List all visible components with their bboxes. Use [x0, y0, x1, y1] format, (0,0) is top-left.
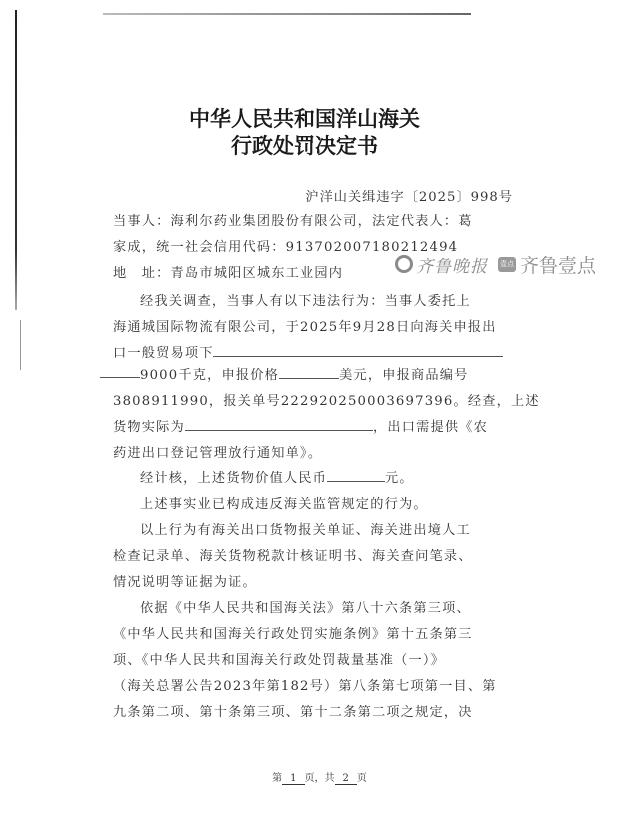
- para5-line-2: 《中华人民共和国海关行政处罚实施条例》第十五条第三: [113, 623, 473, 642]
- left-scan-edge-faint: [20, 320, 21, 370]
- party-address: 地 址：青岛市城阳区城东工业园内: [113, 262, 343, 281]
- para4-line-1: 以上行为有海关出口货物报关单证、海关进出境人工: [140, 519, 471, 538]
- footer-suffix: 页: [357, 773, 367, 784]
- top-scan-rule: [103, 13, 471, 15]
- para5-line-4: （海关总署公告2023年第182号）第八条第七项第一目、第: [113, 675, 497, 694]
- page-footer: 第1页，共2页: [0, 769, 639, 785]
- permit-requirement: ，出口需提供《农: [373, 420, 488, 435]
- redacted-price: [279, 377, 339, 379]
- qilu-evening-news-logo-icon: [395, 255, 413, 273]
- para5-line-3: 项、《中华人民共和国海关行政处罚裁量基准（一）》: [113, 649, 445, 668]
- document-title-authority: 中华人民共和国洋山海关: [0, 103, 624, 133]
- app-icon-text: 壹点: [500, 259, 514, 269]
- footer-prefix: 第: [272, 773, 282, 784]
- watermark-app-name: 齐鲁壹点: [520, 251, 596, 278]
- para5-line-1: 依据《中华人民共和国海关法》第八十六条第三项、: [140, 597, 471, 616]
- watermark-newspaper: 齐鲁晚报: [416, 252, 488, 277]
- declared-weight: 9000千克，申报价格: [140, 368, 279, 383]
- current-page-number: 1: [282, 773, 304, 785]
- party-line-1: 当事人：海利尔药业集团股份有限公司，法定代表人：葛: [113, 210, 473, 229]
- declared-currency: 美元，申报商品编号: [339, 368, 469, 383]
- total-pages: 2: [335, 773, 357, 785]
- redacted-goods: [185, 429, 373, 431]
- left-scan-edge: [15, 10, 17, 310]
- actual-goods-label: 货物实际为: [113, 420, 185, 435]
- para1-line-2: 海通城国际物流有限公司，于2025年9月28日向海关申报出: [113, 316, 497, 335]
- para1-line-5: 3808911990，报关单号222920250003697396。经查，上述: [113, 390, 540, 409]
- para1-line-6: 货物实际为，出口需提供《农: [113, 416, 488, 435]
- qilu-yidian-app-icon: 壹点: [498, 257, 516, 272]
- para3: 上述事实业已构成违反海关监管规定的行为。: [140, 493, 428, 512]
- para5-line-5: 九条第二项、第十条第三项、第十二条第二项之规定，决: [113, 701, 473, 720]
- document-title-type: 行政处罚决定书: [0, 130, 624, 160]
- redaction-blank: [213, 356, 503, 357]
- redacted-value: [327, 480, 385, 482]
- para1-line-3: 口一般贸易项下: [113, 342, 214, 361]
- watermark: 齐鲁晚报 壹点 齐鲁壹点: [395, 251, 596, 277]
- para2-value: 经计核，上述货物价值人民币元。: [140, 467, 414, 486]
- para1-line-1: 经我关调查，当事人有以下违法行为：当事人委托上: [140, 290, 471, 309]
- document-page: 中华人民共和国洋山海关 行政处罚决定书 沪洋山关缉违字〔2025〕998号 当事…: [0, 0, 639, 827]
- para1-line-7: 药进出口登记管理放行通知单》。: [113, 442, 322, 461]
- document-number: 沪洋山关缉违字〔2025〕998号: [305, 186, 513, 205]
- para1-line-4: 9000千克，申报价格美元，申报商品编号: [140, 364, 469, 383]
- para4-line-2: 检查记录单、海关货物税款计核证明书、海关查问笔录、: [113, 545, 473, 564]
- value-label: 经计核，上述货物价值人民币: [140, 471, 327, 486]
- value-unit: 元。: [385, 471, 414, 486]
- footer-middle: 页，共: [305, 773, 335, 784]
- para4-line-3: 情况说明等证据为证。: [113, 571, 257, 590]
- redaction-blank: [100, 377, 140, 378]
